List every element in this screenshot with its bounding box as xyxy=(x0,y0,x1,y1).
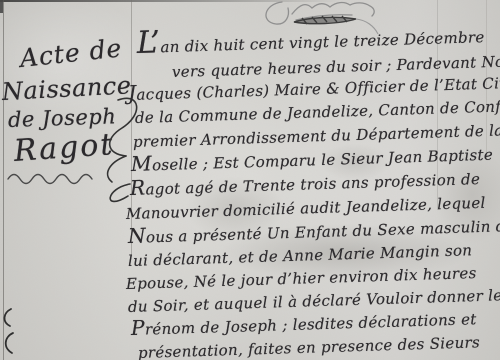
margin-underline-flourish xyxy=(6,170,98,186)
scanned-document-page: Acte de Naissance de Joseph Ragot L’an d… xyxy=(0,0,500,360)
edge-ink-fragments xyxy=(0,305,16,360)
margin-title-line: Acte de xyxy=(18,33,123,73)
scan-corner-mark xyxy=(0,2,3,13)
